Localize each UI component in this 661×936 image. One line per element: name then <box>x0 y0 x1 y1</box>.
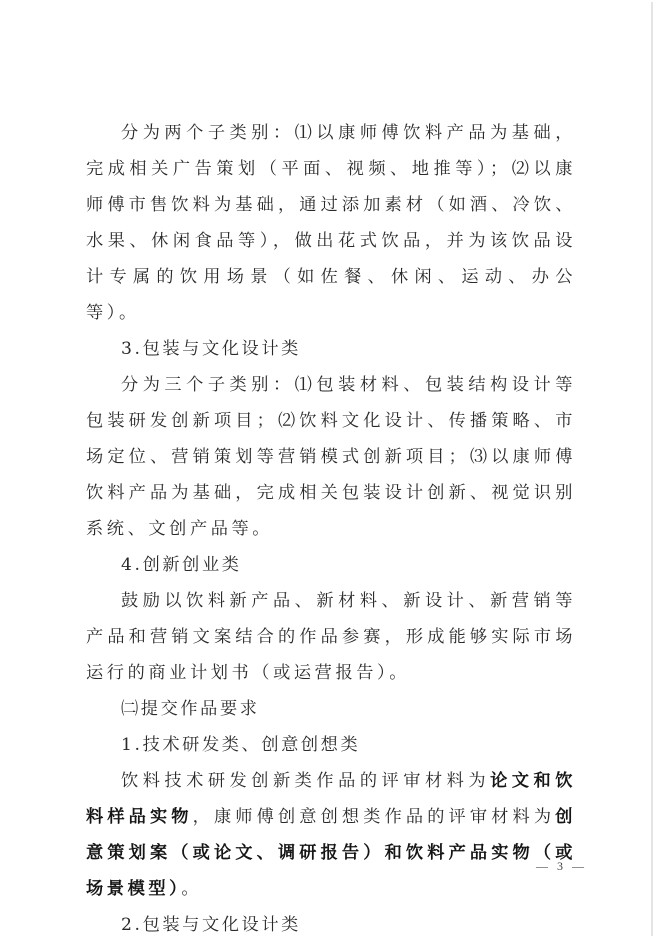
document-page: 分为两个子类别：⑴以康师傅饮料产品为基础，完成相关广告策划（平面、视频、地推等）… <box>0 0 661 936</box>
heading-packaging-culture-design-2: 2.包装与文化设计类 <box>86 907 576 936</box>
page-number: — 3 — <box>536 859 587 874</box>
review-text-3: 。 <box>181 879 202 899</box>
scan-edge-divider <box>651 2 653 936</box>
review-text-1: 饮料技术研发创新类作品的评审材料为 <box>121 771 490 791</box>
heading-innovation-entrepreneurship: 4.创新创业类 <box>86 547 576 583</box>
heading-packaging-culture-design: 3.包装与文化设计类 <box>86 331 576 367</box>
heading-submission-requirements: ㈡提交作品要求 <box>86 691 576 727</box>
paragraph-subcategories-packaging: 分为三个子类别：⑴包装材料、包装结构设计等包装研发创新项目；⑵饮料文化设计、传播… <box>86 367 576 547</box>
paragraph-review-materials: 饮料技术研发创新类作品的评审材料为论文和饮料样品实物，康师傅创意创想类作品的评审… <box>86 763 576 907</box>
review-text-2: ，康师傅创意创想类作品的评审材料为 <box>193 807 556 827</box>
paragraph-innovation-description: 鼓励以饮料新产品、新材料、新设计、新营销等产品和营销文案结合的作品参赛，形成能够… <box>86 583 576 691</box>
paragraph-subcategories-drinks: 分为两个子类别：⑴以康师傅饮料产品为基础，完成相关广告策划（平面、视频、地推等）… <box>86 115 576 331</box>
heading-tech-rd-creative: 1.技术研发类、创意创想类 <box>86 727 576 763</box>
document-body: 分为两个子类别：⑴以康师傅饮料产品为基础，完成相关广告策划（平面、视频、地推等）… <box>86 115 576 936</box>
